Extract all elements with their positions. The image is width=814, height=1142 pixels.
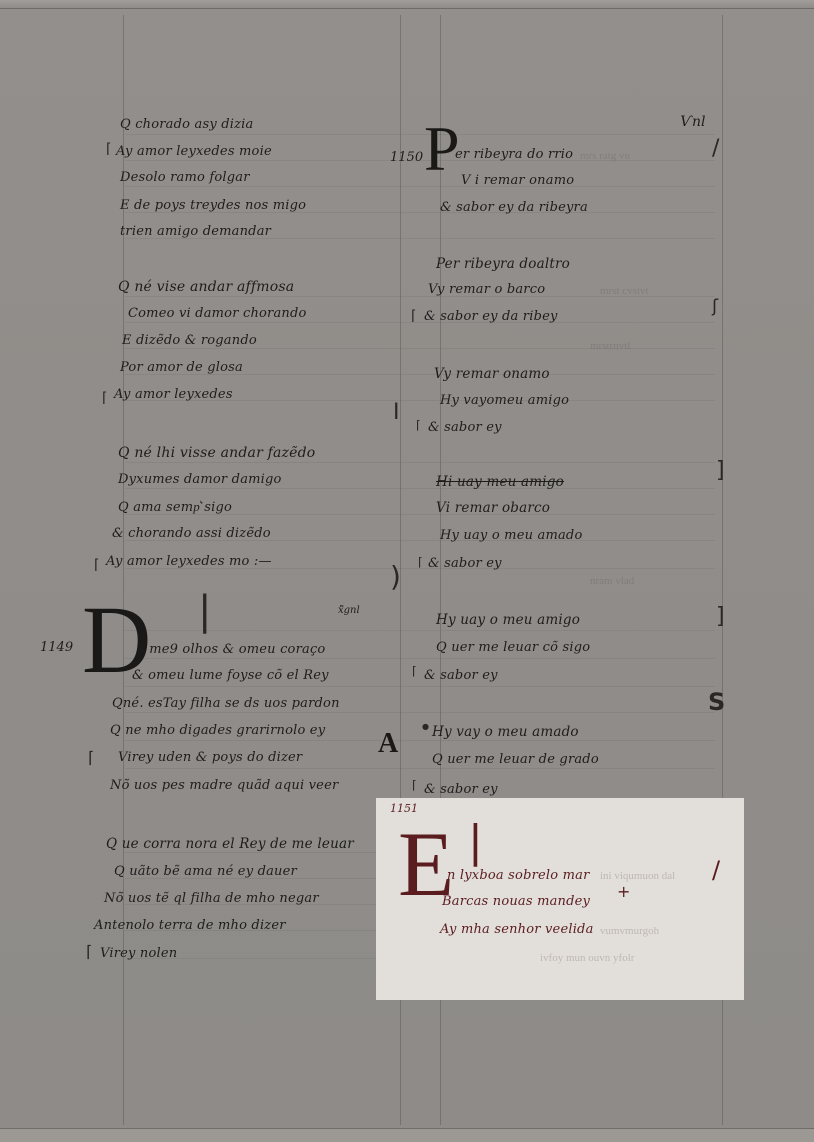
margin-bracket: ]	[716, 604, 725, 629]
verse-line: Per ribeyra doaltro	[436, 256, 570, 272]
paragraph-mark: ⌈	[412, 778, 417, 792]
verse-line: Comeo vi damor chorando	[128, 306, 307, 321]
paragraph-mark: ⌈	[411, 308, 416, 324]
margin-note: Ѵnl	[680, 114, 706, 130]
paragraph-mark: ⌈	[94, 557, 99, 573]
bleed-through-text: mrs ratg vu	[580, 150, 630, 162]
page-top-edge	[0, 0, 814, 9]
margin-slash: /	[712, 136, 719, 161]
bleed-through-text: vumvmurgoh	[600, 925, 659, 937]
verse-line: Q chorado asy dizia	[120, 117, 253, 132]
verse-line: trien amigo demandar	[120, 224, 271, 239]
verse-line: Q ama semp͛ sigo	[118, 499, 232, 515]
ruling-line-horizontal	[125, 462, 715, 463]
margin-bracket: ]	[716, 458, 725, 483]
verse-line: Q né lhi visse andar fazẽdo	[118, 445, 315, 461]
verse-line: Desolo ramo folgar	[120, 170, 250, 185]
verse-line: Vy remar onamo	[434, 366, 550, 382]
verse-line: Ay amor leyxedes mo :—	[106, 554, 272, 569]
verse-line: Ay amor leyxedes moie	[116, 144, 272, 159]
ruling-line-horizontal	[125, 740, 715, 741]
verse-line: Hy uay o meu amigo	[436, 612, 580, 628]
ruling-line-horizontal	[125, 712, 715, 713]
margin-mark: S	[708, 688, 725, 716]
verse-line: Q ue corra nora el Rey de me leuar	[106, 836, 354, 852]
verse-line: Virey uden & poys do dizer	[118, 750, 302, 765]
folio-number: 1150	[390, 150, 423, 165]
ruling-line-horizontal	[125, 488, 715, 489]
ruling-line-horizontal	[125, 134, 715, 135]
bracket-mark: I	[393, 400, 400, 425]
verse-line: Virey nolen	[100, 946, 177, 961]
paragraph-mark: ⌈	[416, 418, 421, 432]
verse-line: Nõ uos pes madre quãd aqui veer	[110, 778, 338, 793]
verse-line: Q uãto bẽ ama né ey dauer	[114, 864, 297, 879]
verse-line: E dizẽdo & rogando	[122, 333, 257, 348]
verse-line: Ay mha senhor veelida	[440, 922, 594, 937]
verse-line: Hy vay o meu amado	[432, 724, 579, 740]
ruling-line-horizontal	[125, 658, 715, 659]
manuscript-page: mrs ratg vu mrst cvstvt mrstrnvtl nram v…	[0, 0, 814, 1142]
verse-line: E de poys treydes nos migo	[120, 198, 306, 213]
verse-line: Nõ uos tẽ ql filha de mho negar	[104, 891, 319, 906]
verse-line: Q uer me leuar cõ sigo	[436, 640, 590, 655]
ruling-line-horizontal	[125, 322, 715, 323]
bracket-mark: )	[390, 560, 401, 593]
struck-verse-line: Hi uay meu amigo	[436, 474, 564, 490]
ruling-line-horizontal	[125, 686, 715, 687]
verse-line: V i remar onamo	[461, 173, 574, 188]
verse-line: Q uer me leuar de grado	[432, 752, 599, 767]
verse-line: Qné. esTay filha se ds uos pardon	[112, 696, 340, 711]
verse-line: Antenolo terra de mho dizer	[94, 918, 286, 933]
marginal-note: ẍ̃gnl	[338, 605, 360, 616]
verse-line: Ay amor leyxedes	[114, 387, 233, 402]
verse-line: Dyxumes damor damigo	[118, 472, 282, 487]
verse-line: Vi remar obarco	[436, 500, 550, 516]
verse-line: Hy uay o meu amado	[440, 528, 582, 543]
paragraph-mark: ⌈	[418, 555, 423, 569]
margin-slash: /	[712, 856, 720, 884]
paragraph-mark: ⌈	[88, 748, 94, 767]
ruling-line-horizontal	[125, 630, 715, 631]
bleed-through-text: nram vlad	[590, 575, 634, 587]
ruling-line-horizontal	[125, 186, 715, 187]
center-letter: A	[378, 728, 398, 760]
page-bottom-edge	[0, 1128, 814, 1142]
bleed-through-text: mrst cvstvt	[600, 285, 649, 297]
verse-line: & sabor ey da ribey	[424, 309, 558, 324]
verse-line: Hy vayomeu amigo	[440, 393, 569, 408]
verse-line: er ribeyra do rrio	[455, 147, 573, 162]
ruling-line-horizontal	[125, 768, 715, 769]
folio-number: 1149	[40, 640, 73, 655]
paragraph-mark: ⌈	[102, 390, 107, 406]
cross-mark: +	[617, 882, 630, 901]
paragraph-mark: ⌈	[86, 942, 92, 961]
verse-line: Vy remar o barco	[428, 282, 545, 297]
dot-mark: ●	[422, 722, 429, 731]
verse-line: & sabor ey	[428, 420, 502, 435]
verse-line: Barcas nouas mandey	[442, 894, 590, 909]
bleed-through-text: ivfoy mun ouvn yfolr	[540, 952, 634, 964]
margin-mark: ʃ	[712, 296, 718, 317]
verse-line: Q ne mho digades grarirnolo ey	[110, 723, 325, 738]
verse-line: & omeu lume foyse cõ el Rey	[132, 668, 329, 683]
verse-line: & sabor ey da ribeyra	[440, 200, 588, 215]
ascender-flourish: |	[198, 588, 211, 634]
verse-line: Q né vise andar affmosa	[118, 279, 294, 295]
bleed-through-text: ini viqumuon dal	[600, 870, 675, 882]
paragraph-mark: ⌈	[412, 664, 417, 678]
verse-line: s me9 olhos & omeu coraço	[138, 642, 325, 657]
verse-line: & sabor ey	[428, 556, 502, 571]
bleed-through-text: mrstrnvtl	[590, 340, 630, 352]
verse-line: & sabor ey	[424, 782, 498, 797]
paragraph-mark: ⌈	[106, 141, 111, 157]
verse-line: n lyxboa sobrelo mar	[447, 868, 590, 883]
ascender-flourish: |	[468, 816, 483, 867]
verse-line: Por amor de glosa	[120, 360, 243, 375]
verse-line: & sabor ey	[424, 668, 498, 683]
verse-line: & chorando assi dizẽdo	[112, 526, 271, 541]
